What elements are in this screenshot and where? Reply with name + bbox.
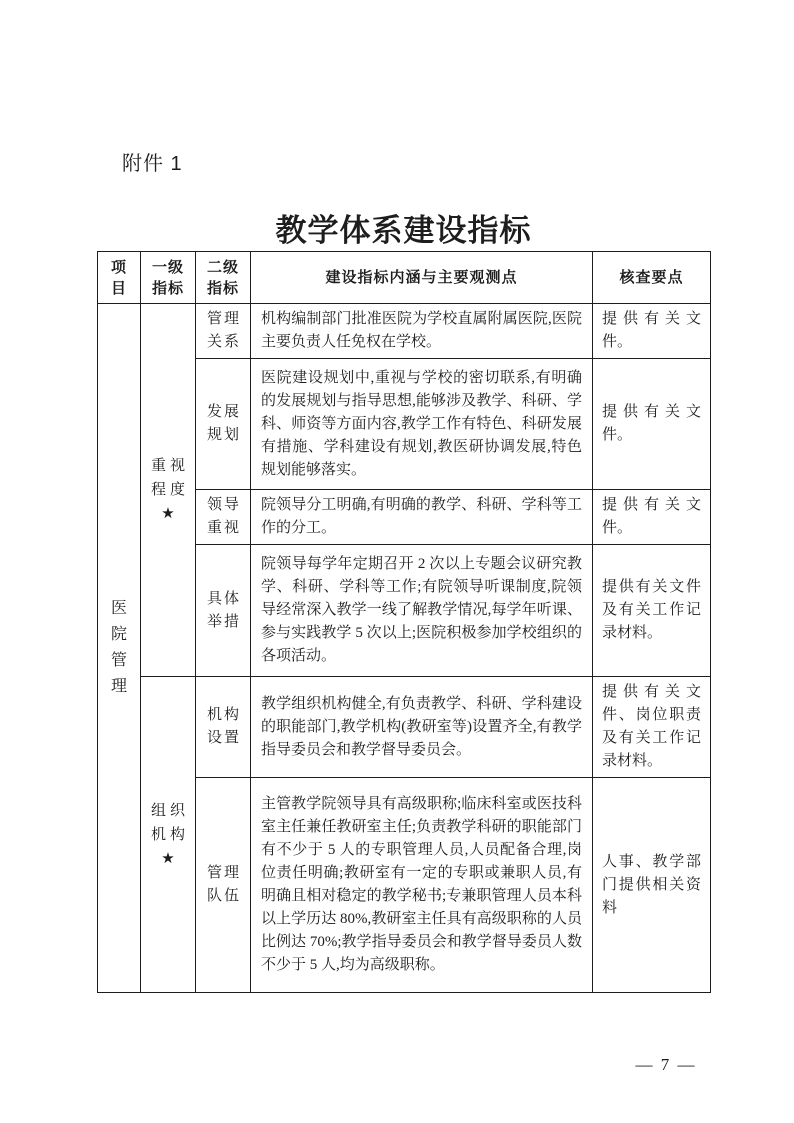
content-cell: 院领导每学年定期召开 2 次以上专题会议研究教学、科研、学科等工作;有院领导听课… (251, 545, 593, 677)
level2-cell: 管理 关系 (196, 304, 251, 359)
level2-cell: 机构 设置 (196, 677, 251, 778)
content-cell: 医院建设规划中,重视与学校的密切联系,有明确的发展规划与指导思想,能够涉及教学、… (251, 359, 593, 490)
check-cell: 提供有关文件。 (593, 304, 711, 359)
content-cell: 机构编制部门批准医院为学校直属附属医院,医院主要负责人任免权在学校。 (251, 304, 593, 359)
column-header-check: 核查要点 (593, 252, 711, 304)
table-header-row: 项 目 一级 指标 二级 指标 建设指标内涵与主要观测点 核查要点 (98, 252, 711, 304)
level2-cell: 领导 重视 (196, 490, 251, 545)
content-cell: 主管教学院领导具有高级职称;临床科室或医技科室主任兼任教研室主任;负责教学科研的… (251, 778, 593, 993)
column-header-level2: 二级 指标 (196, 252, 251, 304)
table-row: 医 院 管 理 重视 程度 ★ 管理 关系 机构编制部门批准医院为学校直属附属医… (98, 304, 711, 359)
attachment-label: 附件 1 (122, 147, 183, 176)
level1-cell-organization: 组织 机构 ★ (141, 677, 196, 993)
check-cell: 提供有关文件及有关工作记录材料。 (593, 545, 711, 677)
check-cell: 人事、教学部门提供相关资料 (593, 778, 711, 993)
document-page: 附件 1 教学体系建设指标 项 目 一级 指标 二级 指标 建设指标内涵与主要观… (0, 0, 794, 1123)
table-row: 组织 机构 ★ 机构 设置 教学组织机构健全,有负责教学、科研、学科建设的职能部… (98, 677, 711, 778)
project-cell: 医 院 管 理 (98, 304, 141, 993)
level2-cell: 发展 规划 (196, 359, 251, 490)
content-cell: 院领导分工明确,有明确的教学、科研、学科等工作的分工。 (251, 490, 593, 545)
level2-cell: 管理 队伍 (196, 778, 251, 993)
level2-cell: 具体 举措 (196, 545, 251, 677)
column-header-content: 建设指标内涵与主要观测点 (251, 252, 593, 304)
indicator-table: 项 目 一级 指标 二级 指标 建设指标内涵与主要观测点 核查要点 医 院 管 … (97, 251, 711, 993)
check-cell: 提供有关文件、岗位职责及有关工作记录材料。 (593, 677, 711, 778)
check-cell: 提供有关文件。 (593, 490, 711, 545)
level1-cell-attention: 重视 程度 ★ (141, 304, 196, 677)
column-header-project: 项 目 (98, 252, 141, 304)
page-title: 教学体系建设指标 (97, 205, 710, 250)
content-cell: 教学组织机构健全,有负责教学、科研、学科建设的职能部门,教学机构(教研室等)设置… (251, 677, 593, 778)
column-header-level1: 一级 指标 (141, 252, 196, 304)
check-cell: 提供有关文件。 (593, 359, 711, 490)
page-number: — 7 — (620, 1055, 712, 1075)
